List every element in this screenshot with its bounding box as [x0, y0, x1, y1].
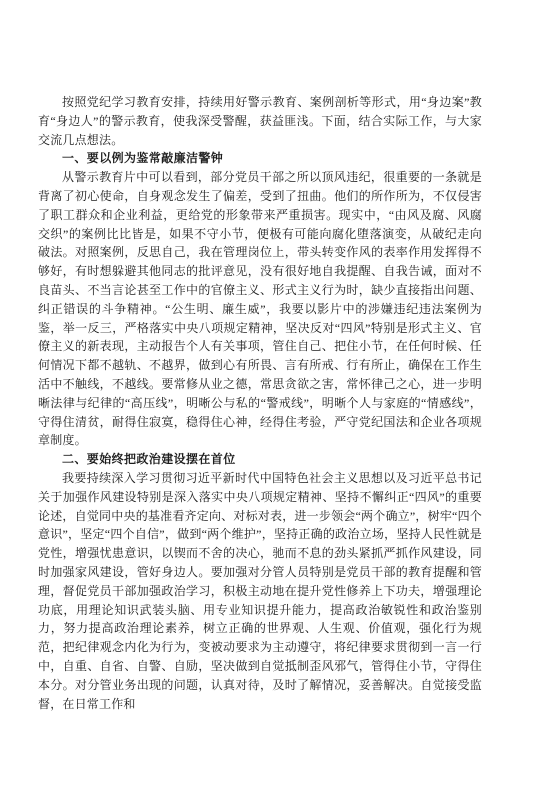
document-page: 按照党纪学习教育安排，持续用好警示教育、案例剖析等形式，用“身边案”教育“身边人…: [0, 0, 560, 792]
intro-paragraph: 按照党纪学习教育安排，持续用好警示教育、案例剖析等形式，用“身边案”教育“身边人…: [38, 93, 482, 149]
section-2-paragraph: 我要持续深入学习贯彻习近平新时代中国特色社会主义思想以及习近平总书记关于加强作风…: [38, 469, 482, 713]
document-body: 按照党纪学习教育安排，持续用好警示教育、案例剖析等形式，用“身边案”教育“身边人…: [38, 93, 482, 713]
section-heading-1: 一、要以例为鉴常敲廉洁警钟: [38, 149, 482, 168]
section-heading-2: 二、要始终把政治建设摆在首位: [38, 450, 482, 469]
section-1-paragraph: 从警示教育片中可以看到，部分党员干部之所以顶风违纪，很重要的一条就是背离了初心使…: [38, 168, 482, 450]
